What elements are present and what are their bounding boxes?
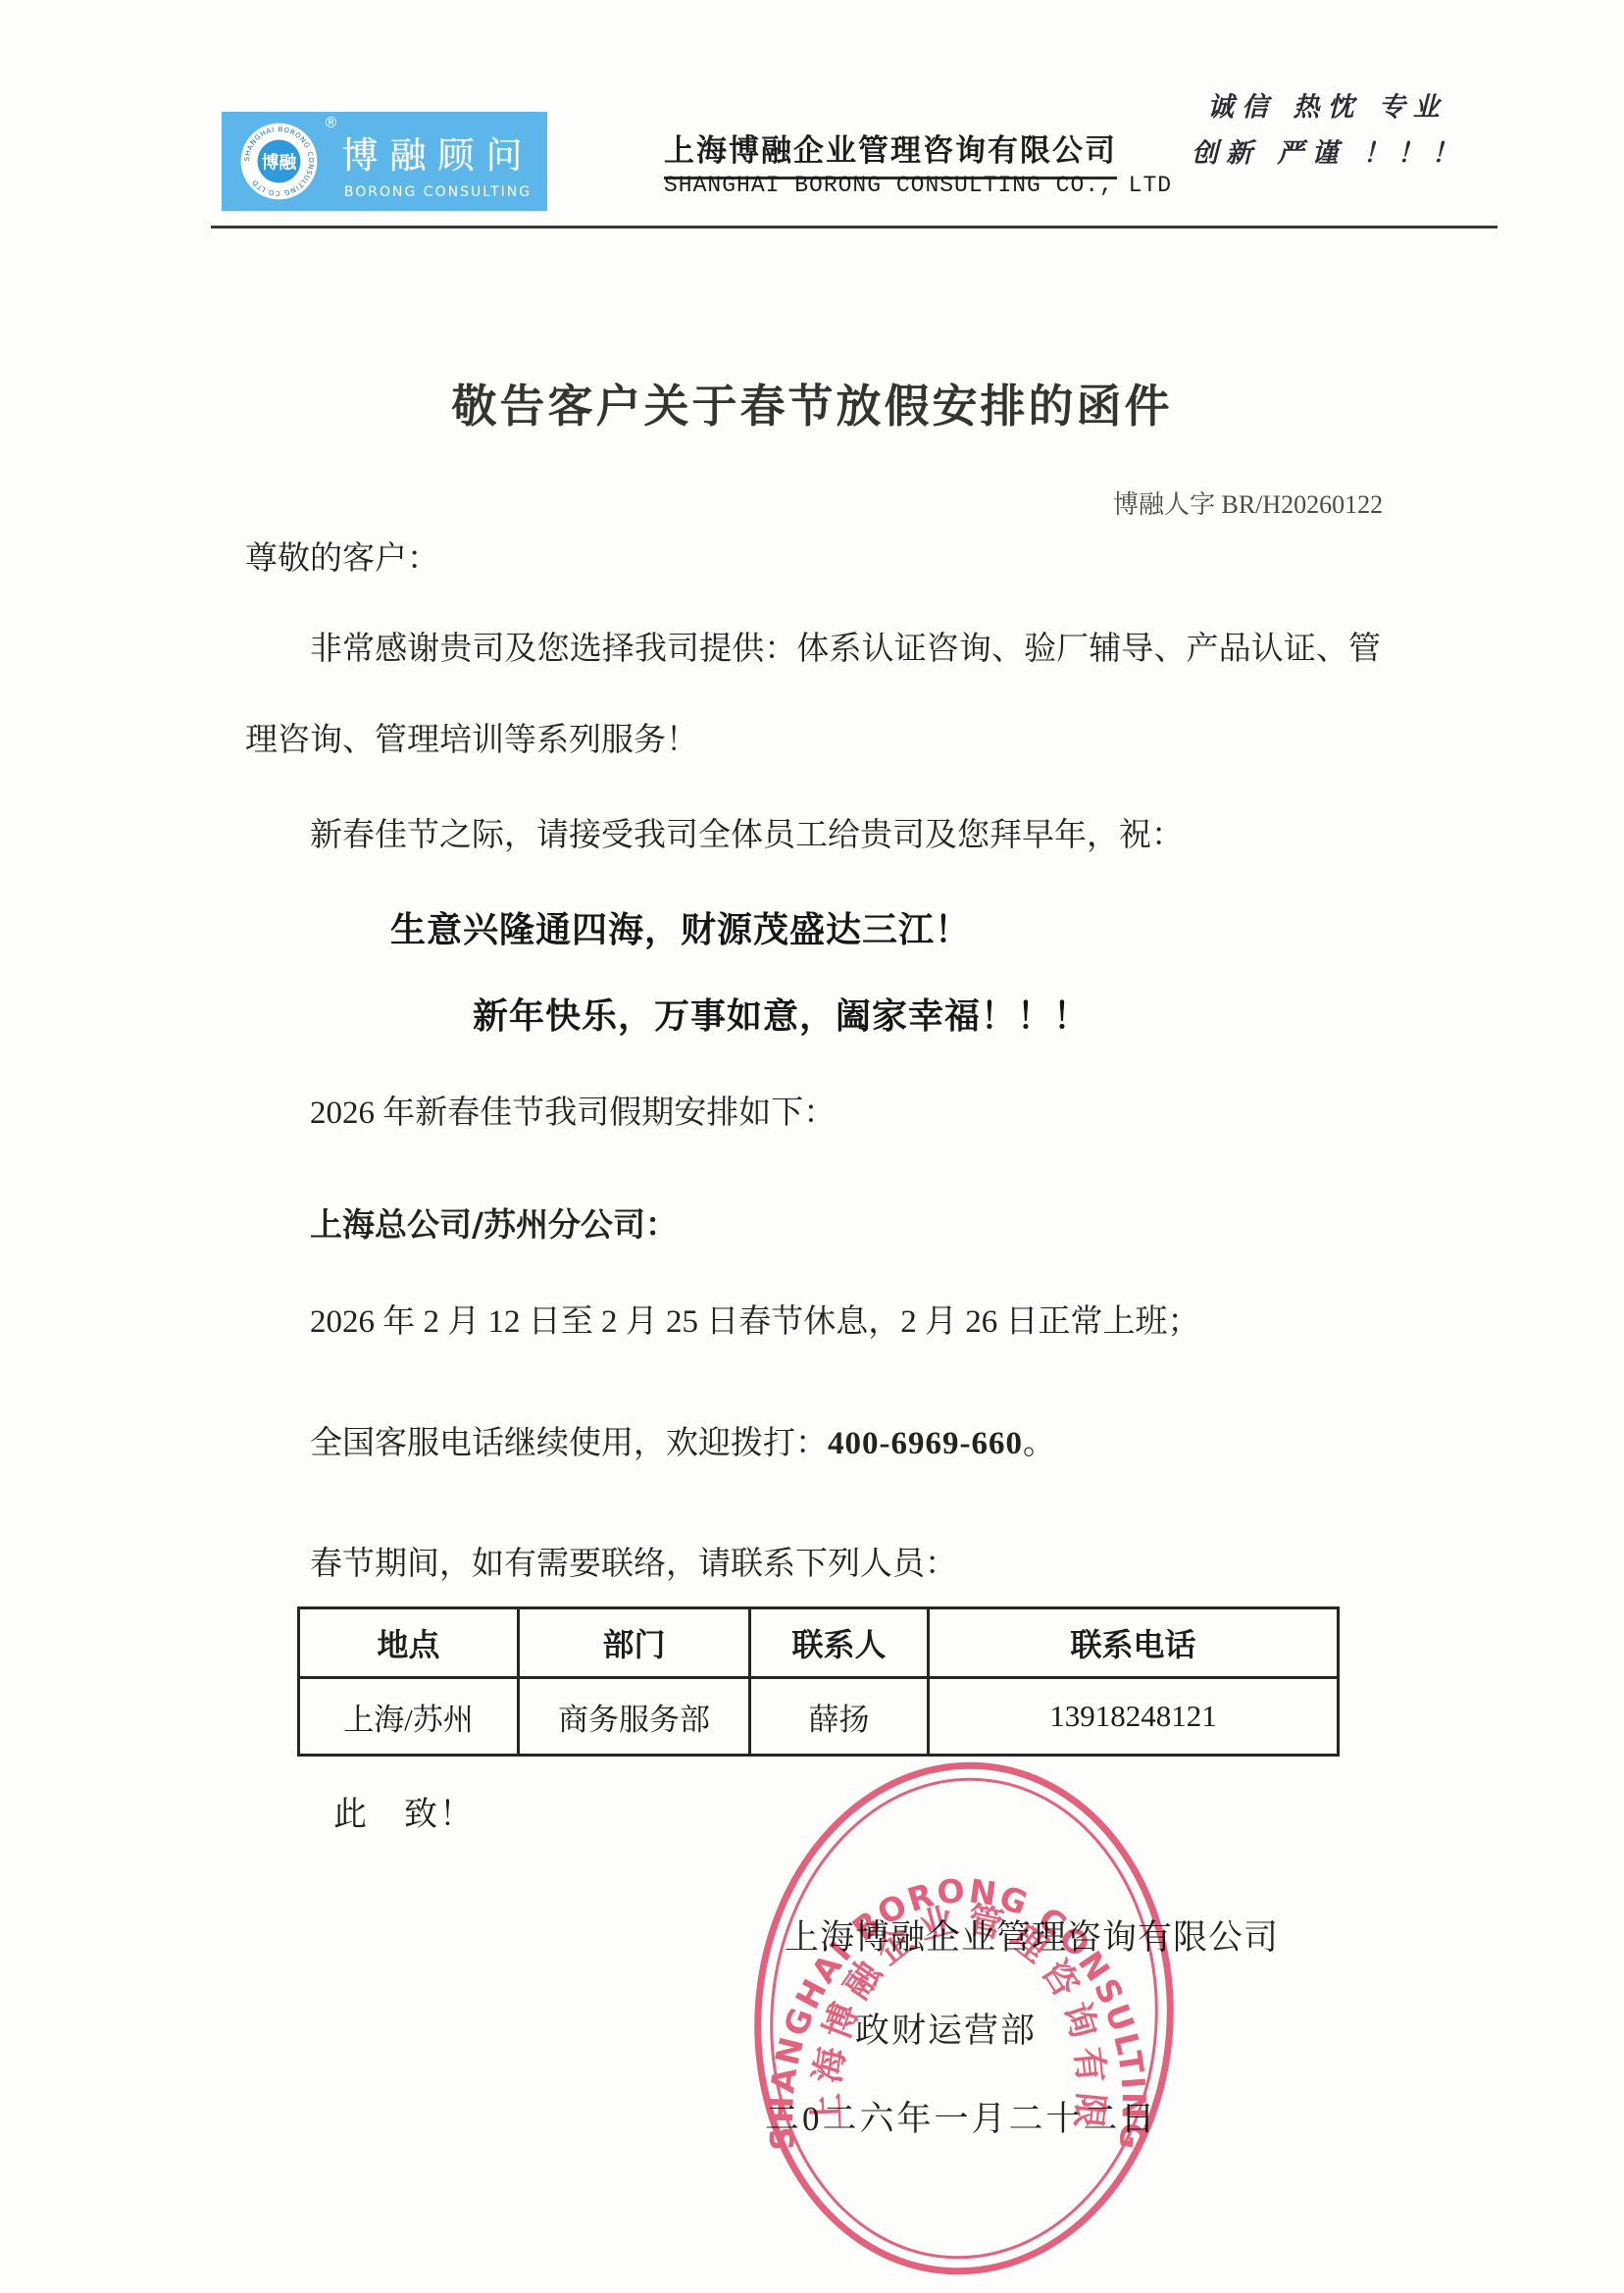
cell-location: 上海/苏州 [299, 1678, 519, 1756]
company-stamp: SHANGHAI BORONG CONSULTING CO.,LTD 上海博融企… [720, 1739, 1209, 2293]
header-divider [211, 226, 1497, 229]
cell-department: 商务服务部 [519, 1678, 750, 1756]
hotline-suffix: 。 [1023, 1426, 1055, 1461]
hotline-prefix: 全国客服电话继续使用，欢迎拨打： [310, 1426, 828, 1461]
cell-phone: 13918248121 [929, 1678, 1339, 1756]
blessing-line-2: 新年快乐，万事如意，阖家幸福！！！ [473, 989, 1090, 1039]
logo-name-cn: 博融顾问 [337, 126, 538, 178]
logo-seal-center-text: 博融 [262, 151, 298, 173]
office-heading: 上海总公司/苏州分公司： [245, 1204, 1381, 1245]
header-slogan: 诚信 热忱 专业 创新 严谨 ！！！ [1192, 84, 1466, 177]
col-header-contact-person: 联系人 [750, 1608, 929, 1678]
svg-text:SHANGHAI BORONG CONSULTING CO.: SHANGHAI BORONG CONSULTING CO.,LTD [720, 1739, 1180, 2179]
contact-intro: 春节期间，如有需要联络，请联系下列人员： [245, 1545, 1381, 1585]
header-company-name-cn: 上海博融企业管理咨询有限公司 [664, 126, 1117, 179]
slogan-line-1: 诚信 热忱 专业 [1192, 84, 1466, 130]
hotline-line: 全国客服电话继续使用，欢迎拨打：400-6969-660。 [245, 1424, 1381, 1464]
header-company-name-en: SHANGHAI BORONG CONSULTING CO., LTD [664, 173, 1172, 198]
contact-table: 地点 部门 联系人 联系电话 上海/苏州 商务服务部 薛扬 1391824812… [297, 1606, 1340, 1757]
paragraph-schedule: 2026 年新春佳节我司假期安排如下： [245, 1094, 1381, 1134]
logo-name-en: BORONG CONSULTING [337, 184, 538, 200]
hotline-number: 400-6969-660 [828, 1426, 1023, 1461]
paragraph-newyear: 新春佳节之际，请接受我司全体员工给贵司及您拜早年，祝： [245, 816, 1381, 856]
reference-number: 博融人字 BR/H20260122 [1113, 484, 1383, 521]
company-logo: SHANGHAI BORONG CONSULTING CO.LTD 博融 ® 博… [222, 112, 547, 211]
col-header-location: 地点 [299, 1608, 519, 1678]
registered-mark: ® [324, 114, 338, 131]
col-header-phone: 联系电话 [929, 1608, 1339, 1678]
salutation: 尊敬的客户： [245, 539, 1381, 580]
document-page: SHANGHAI BORONG CONSULTING CO.LTD 博融 ® 博… [0, 0, 1624, 2293]
stamp-ring-text-en: SHANGHAI BORONG CONSULTING CO.,LTD [720, 1739, 1180, 2179]
blessing-line-1: 生意兴隆通四海，财源茂盛达三江！ [390, 902, 971, 952]
closing-phrase: 此 致！ [333, 1787, 475, 1835]
letter-title: 敬告客户关于春节放假安排的函件 [0, 371, 1624, 435]
logo-seal-icon: SHANGHAI BORONG CONSULTING CO.LTD 博融 [233, 116, 325, 207]
paragraph-thanks: 非常感谢贵司及您选择我司提供：体系认证咨询、验厂辅导、产品认证、管理咨询、管理培… [245, 604, 1381, 787]
col-header-department: 部门 [519, 1608, 750, 1678]
holiday-dates-line: 2026 年 2 月 12 日至 2 月 25 日春节休息，2 月 26 日正常… [245, 1302, 1381, 1343]
table-header-row: 地点 部门 联系人 联系电话 [299, 1608, 1339, 1678]
logo-names: 博融顾问 BORONG CONSULTING [337, 126, 538, 200]
slogan-line-2: 创新 严谨 ！！！ [1192, 130, 1466, 177]
